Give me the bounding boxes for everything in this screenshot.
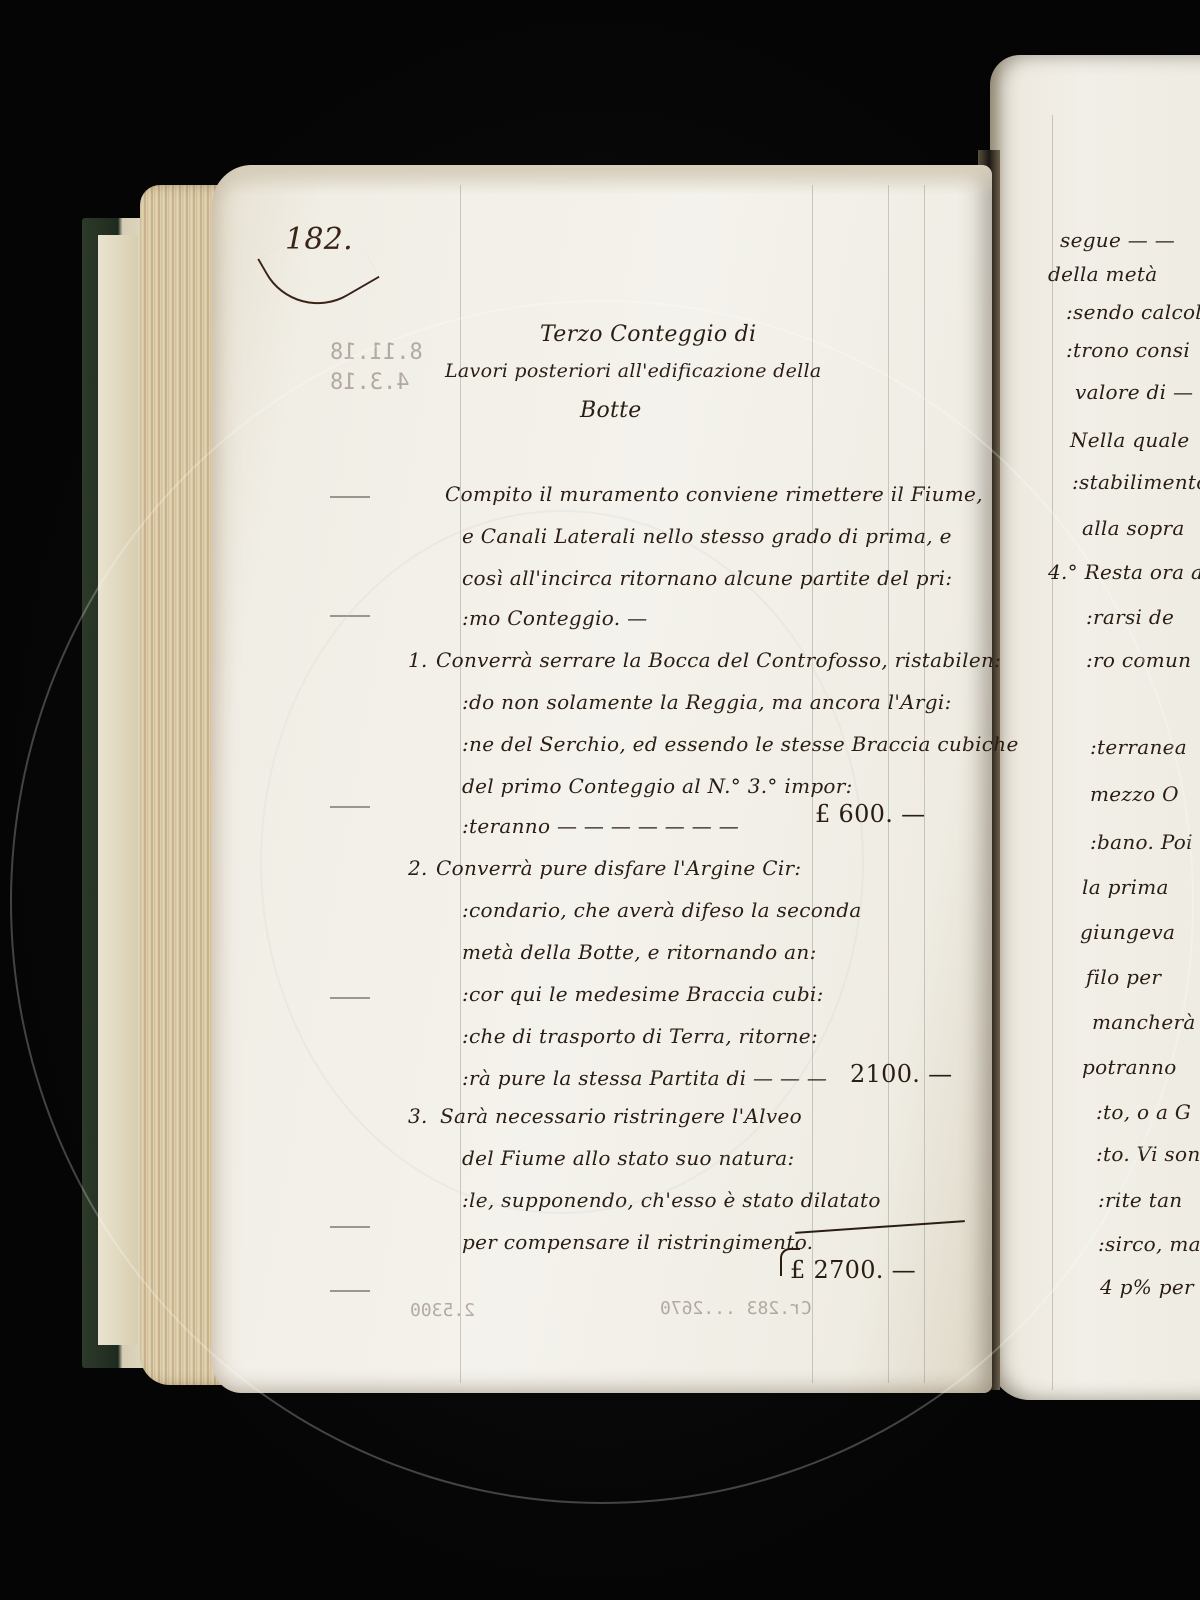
right-page-line: :sirco, ma xyxy=(1098,1232,1200,1256)
right-page-line: valore di — xyxy=(1075,380,1193,404)
margin-dash xyxy=(330,615,370,617)
margin-dash xyxy=(330,806,370,808)
item-amount: 2100. — xyxy=(850,1060,952,1088)
item-line: Converrà serrare la Bocca del Controfoss… xyxy=(436,648,1001,672)
title-line: Botte xyxy=(580,398,642,423)
item-line: :do non solamente la Reggia, ma ancora l… xyxy=(462,690,952,714)
item-line: Converrà pure disfare l'Argine Cir: xyxy=(436,856,801,880)
title-line: Terzo Conteggio di xyxy=(540,322,756,347)
item-line: :condario, che averà difeso la seconda xyxy=(462,898,862,922)
title-line: Lavori posteriori all'edificazione della xyxy=(445,360,822,382)
right-page-line: Nella quale xyxy=(1070,428,1190,452)
total-amount: £ 2700. — xyxy=(790,1256,916,1284)
manuscript-photo: 182. 8.11.18 4.3.18 Terzo Conteggio di L… xyxy=(0,0,1200,1600)
right-page-line: 4.° Resta ora a xyxy=(1048,560,1200,584)
item-line: del Fiume allo stato suo natura: xyxy=(462,1146,795,1170)
item-number: 3. xyxy=(408,1104,428,1128)
right-page-line: :rarsi de xyxy=(1086,605,1174,629)
item-line: :teranno — — — — — — — xyxy=(462,814,739,838)
item-line: :che di trasporto di Terra, ritorne: xyxy=(462,1024,818,1048)
ruled-line xyxy=(1052,115,1053,1390)
margin-dash xyxy=(330,496,370,498)
item-line: :rà pure la stessa Partita di — — — xyxy=(462,1066,827,1090)
right-page-line: 4 p% per xyxy=(1100,1275,1194,1299)
right-page-line: potranno xyxy=(1082,1055,1177,1079)
intro-line: così all'incirca ritornano alcune partit… xyxy=(462,566,952,590)
right-page-line: filo per xyxy=(1086,965,1161,989)
right-page-line: :stabilimento xyxy=(1072,470,1200,494)
ghost-text: Cr.283 ...2670 xyxy=(660,1298,812,1319)
item-line: Sarà necessario ristringere l'Alveo xyxy=(440,1104,802,1128)
right-page-line: :terranea xyxy=(1090,735,1187,759)
right-page-line: :ro comun xyxy=(1086,648,1191,672)
right-page-line: segue — — xyxy=(1060,228,1175,252)
item-line: :ne del Serchio, ed essendo le stesse Br… xyxy=(462,732,1019,756)
right-page-line: :bano. Poi xyxy=(1090,830,1193,854)
item-line: per compensare il ristringimento. xyxy=(462,1230,813,1254)
item-number: 1. xyxy=(408,648,428,672)
ghost-number: 8.11.18 xyxy=(330,340,423,365)
right-page-line: alla sopra xyxy=(1082,516,1185,540)
right-page-line: mezzo O xyxy=(1090,782,1179,806)
ghost-number: 4.3.18 xyxy=(330,370,409,395)
right-page-line: :sendo calcola xyxy=(1066,300,1200,324)
right-page-line: :to. Vi sono xyxy=(1096,1142,1200,1166)
right-page-line: :trono consi xyxy=(1066,338,1190,362)
right-page-line: :to, o a G xyxy=(1096,1100,1191,1124)
item-line: :cor qui le medesime Braccia cubi: xyxy=(462,982,824,1006)
book-cover-board xyxy=(98,235,138,1345)
intro-line: :mo Conteggio. — xyxy=(462,606,647,630)
item-line: del primo Conteggio al N.° 3.° impor: xyxy=(462,774,853,798)
item-amount: £ 600. — xyxy=(815,800,925,828)
item-line: metà della Botte, e ritornando an: xyxy=(462,940,817,964)
ghost-text: 2.5300 xyxy=(410,1300,475,1321)
ruled-line xyxy=(888,185,889,1383)
margin-dash xyxy=(330,997,370,999)
ruled-line xyxy=(924,185,925,1383)
intro-line: Compito il muramento conviene rimettere … xyxy=(445,482,983,506)
item-number: 2. xyxy=(408,856,428,880)
page-top-shadow xyxy=(212,165,992,195)
margin-dash xyxy=(330,1226,370,1228)
margin-dash xyxy=(330,1290,370,1292)
intro-line: e Canali Laterali nello stesso grado di … xyxy=(462,524,952,548)
right-page-line: la prima xyxy=(1082,875,1169,899)
right-page-line: mancherà xyxy=(1092,1010,1196,1034)
item-line: :le, supponendo, ch'esso è stato dilatat… xyxy=(462,1188,881,1212)
right-page-line: giungeva xyxy=(1080,920,1175,944)
right-page-line: :rite tan xyxy=(1098,1188,1182,1212)
right-page-line: della metà xyxy=(1048,262,1157,286)
